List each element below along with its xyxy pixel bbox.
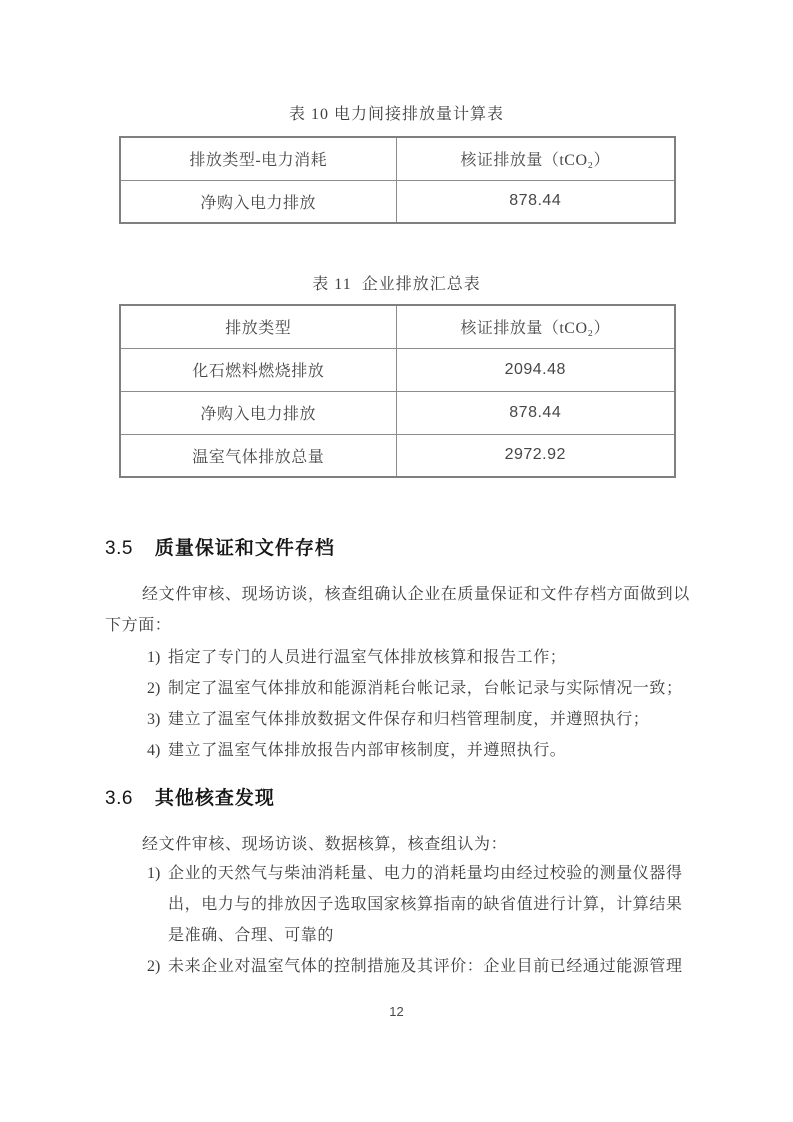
table-row: 净购入电力排放 878.44 (120, 180, 675, 223)
table11-row1-type: 净购入电力排放 (120, 391, 396, 434)
table10-row0-type: 净购入电力排放 (120, 180, 396, 223)
list-item-text: 企业的天然气与柴油消耗量、电力的消耗量均由经过校验的测量仪器得出，电力与的排放因… (168, 858, 697, 951)
list-item-marker: 3) (147, 704, 168, 735)
table-row: 温室气体排放总量 2972.92 (120, 434, 675, 477)
table11-row0-value: 2094.48 (396, 348, 675, 391)
list-item-text: 指定了专门的人员进行温室气体排放核算和报告工作； (168, 642, 697, 673)
section-3-6-title: 其他核查发现 (155, 788, 275, 809)
table10: 排放类型-电力消耗 核证排放量（tCO₂） 净购入电力排放 878.44 (119, 136, 676, 224)
section-3-5-list: 1) 指定了专门的人员进行温室气体排放核算和报告工作； 2) 制定了温室气体排放… (105, 642, 697, 766)
table11: 排放类型 核证排放量（tCO₂） 化石燃料燃烧排放 2094.48 净购入电力排… (119, 304, 676, 478)
table11-row1-value: 878.44 (396, 391, 675, 434)
section-3-6-list: 1) 企业的天然气与柴油消耗量、电力的消耗量均由经过校验的测量仪器得出，电力与的… (105, 858, 697, 982)
list-item: 3) 建立了温室气体排放数据文件保存和归档管理制度，并遵照执行； (105, 704, 697, 735)
list-item-marker: 2) (147, 951, 168, 982)
table11-caption: 表 11 企业排放汇总表 (0, 274, 793, 296)
section-3-5-heading: 3.5质量保证和文件存档 (105, 536, 335, 562)
table11-header-type: 排放类型 (120, 305, 396, 348)
list-item-text: 建立了温室气体排放报告内部审核制度，并遵照执行。 (168, 735, 697, 766)
table10-caption: 表 10 电力间接排放量计算表 (0, 104, 793, 126)
list-item-marker: 4) (147, 735, 168, 766)
table10-header-value: 核证排放量（tCO₂） (396, 137, 675, 180)
list-item: 1) 指定了专门的人员进行温室气体排放核算和报告工作； (105, 642, 697, 673)
list-item-marker: 1) (147, 858, 168, 889)
list-item-text: 建立了温室气体排放数据文件保存和归档管理制度，并遵照执行； (168, 704, 697, 735)
table11-header-row: 排放类型 核证排放量（tCO₂） (120, 305, 675, 348)
list-item: 2) 未来企业对温室气体的控制措施及其评价：企业目前已经通过能源管理 (105, 951, 697, 982)
page-number: 12 (0, 1003, 793, 1021)
section-3-6-intro: 经文件审核、现场访谈、数据核算，核查组认为： (105, 829, 697, 860)
list-item: 1) 企业的天然气与柴油消耗量、电力的消耗量均由经过校验的测量仪器得出，电力与的… (105, 858, 697, 951)
table10-header-row: 排放类型-电力消耗 核证排放量（tCO₂） (120, 137, 675, 180)
table11-row2-value: 2972.92 (396, 434, 675, 477)
list-item: 4) 建立了温室气体排放报告内部审核制度，并遵照执行。 (105, 735, 697, 766)
document-page: 表 10 电力间接排放量计算表 排放类型-电力消耗 核证排放量（tCO₂） 净购… (0, 0, 793, 1122)
list-item-marker: 1) (147, 642, 168, 673)
list-item-text: 未来企业对温室气体的控制措施及其评价：企业目前已经通过能源管理 (168, 951, 697, 982)
section-3-6-heading: 3.6其他核查发现 (105, 786, 275, 812)
table10-row0-value: 878.44 (396, 180, 675, 223)
table11-row0-type: 化石燃料燃烧排放 (120, 348, 396, 391)
table-row: 净购入电力排放 878.44 (120, 391, 675, 434)
list-item-marker: 2) (147, 673, 168, 704)
table11-header-value: 核证排放量（tCO₂） (396, 305, 675, 348)
section-3-6-number: 3.6 (105, 788, 133, 809)
section-3-5-intro: 经文件审核、现场访谈，核查组确认企业在质量保证和文件存档方面做到以下方面： (105, 579, 697, 641)
section-3-5-number: 3.5 (105, 538, 133, 559)
table10-header-type: 排放类型-电力消耗 (120, 137, 396, 180)
list-item: 2) 制定了温室气体排放和能源消耗台帐记录，台帐记录与实际情况一致； (105, 673, 697, 704)
section-3-5-title: 质量保证和文件存档 (155, 538, 335, 559)
list-item-text: 制定了温室气体排放和能源消耗台帐记录，台帐记录与实际情况一致； (168, 673, 697, 704)
table-row: 化石燃料燃烧排放 2094.48 (120, 348, 675, 391)
table11-row2-type: 温室气体排放总量 (120, 434, 396, 477)
